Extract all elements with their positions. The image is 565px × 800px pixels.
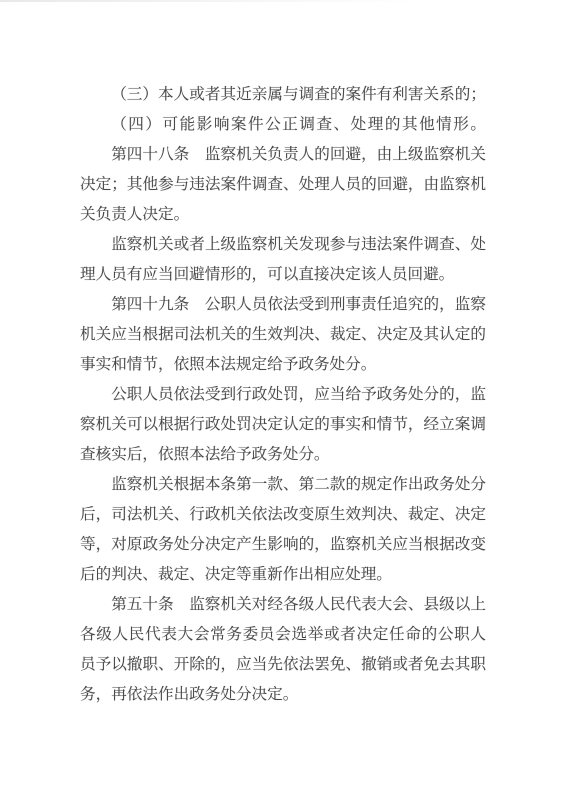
paragraph-article-50: 第五十条 监察机关对经各级人民代表大会、县级以上 各级人民代表大会常务委员会选举… (80, 590, 486, 710)
paragraph: 监察机关或者上级监察机关发现参与违法案件调查、处 理人员有应当回避情形的，可以直… (80, 230, 486, 290)
paragraph: （四）可能影响案件公正调查、处理的其他情形。 (80, 110, 486, 140)
paragraph-article-48: 第四十八条 监察机关负责人的回避，由上级监察机关 决定；其他参与违法案件调查、处… (80, 140, 486, 230)
text-line: 后的判决、裁定、决定等重新作出相应处理。 (80, 560, 486, 590)
text-line: 第五十条 监察机关对经各级人民代表大会、县级以上 (80, 590, 486, 620)
text-line: 关负责人决定。 (80, 200, 486, 230)
text-line: 查核实后，依照本法给予政务处分。 (80, 440, 486, 470)
text-line: 各级人民代表大会常务委员会选举或者决定任命的公职人 (80, 620, 486, 650)
text-block: （三）本人或者其近亲属与调查的案件有利害关系的； （四）可能影响案件公正调查、处… (80, 80, 486, 710)
text-line: （三）本人或者其近亲属与调查的案件有利害关系的； (80, 80, 486, 110)
paragraph-article-49: 第四十九条 公职人员依法受到刑事责任追究的，监察 机关应当根据司法机关的生效判决… (80, 290, 486, 380)
text-line: 等，对原政务处分决定产生影响的，监察机关应当根据改变 (80, 530, 486, 560)
text-line: 务，再依法作出政务处分决定。 (80, 680, 486, 710)
document-page: （三）本人或者其近亲属与调查的案件有利害关系的； （四）可能影响案件公正调查、处… (0, 0, 565, 800)
paragraph: 监察机关根据本条第一款、第二款的规定作出政务处分 后，司法机关、行政机关依法改变… (80, 470, 486, 590)
paragraph: 公职人员依法受到行政处罚，应当给予政务处分的，监 察机关可以根据行政处罚决定认定… (80, 380, 486, 470)
text-line: 员予以撤职、开除的，应当先依法罢免、撤销或者免去其职 (80, 650, 486, 680)
scan-edge-shadow (0, 0, 420, 2)
text-line: （四）可能影响案件公正调查、处理的其他情形。 (80, 110, 486, 140)
text-line: 机关应当根据司法机关的生效判决、裁定、决定及其认定的 (80, 320, 486, 350)
text-line: 察机关可以根据行政处罚决定认定的事实和情节，经立案调 (80, 410, 486, 440)
text-line: 第四十九条 公职人员依法受到刑事责任追究的，监察 (80, 290, 486, 320)
text-line: 第四十八条 监察机关负责人的回避，由上级监察机关 (80, 140, 486, 170)
text-line: 决定；其他参与违法案件调查、处理人员的回避，由监察机 (80, 170, 486, 200)
text-line: 公职人员依法受到行政处罚，应当给予政务处分的，监 (80, 380, 486, 410)
text-line: 监察机关或者上级监察机关发现参与违法案件调查、处 (80, 230, 486, 260)
text-line: 理人员有应当回避情形的，可以直接决定该人员回避。 (80, 260, 486, 290)
text-line: 监察机关根据本条第一款、第二款的规定作出政务处分 (80, 470, 486, 500)
text-line: 后，司法机关、行政机关依法改变原生效判决、裁定、决定 (80, 500, 486, 530)
paragraph: （三）本人或者其近亲属与调查的案件有利害关系的； (80, 80, 486, 110)
text-line: 事实和情节，依照本法规定给予政务处分。 (80, 350, 486, 380)
